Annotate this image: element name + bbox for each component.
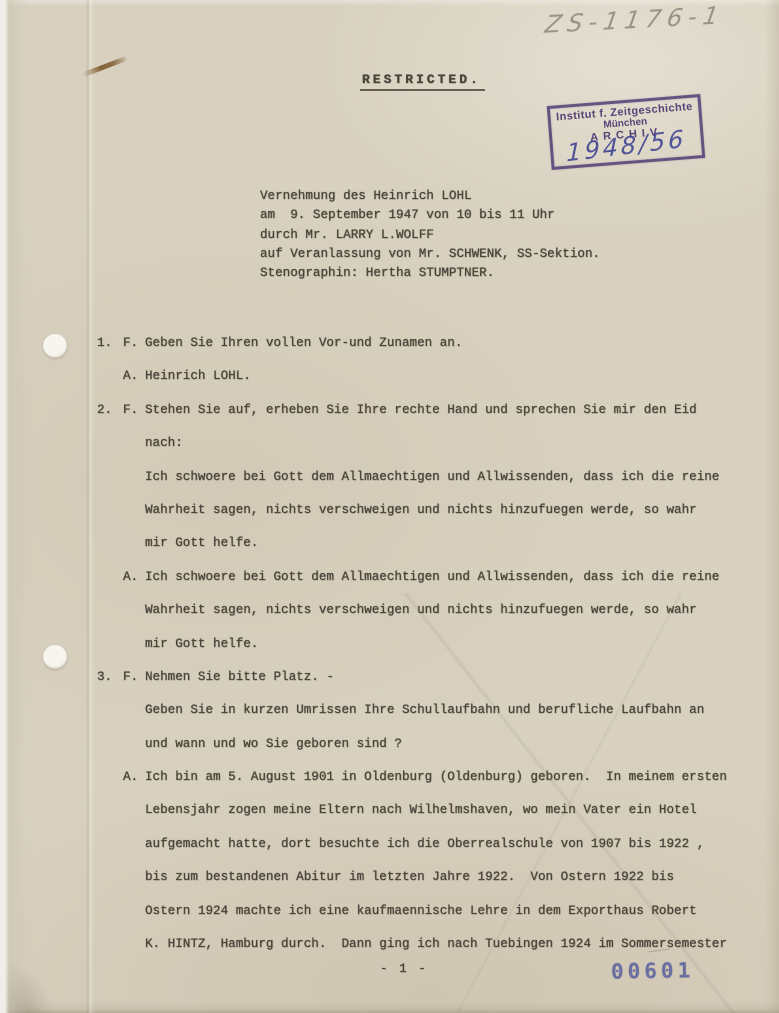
qa-speaker-label: F. — [123, 670, 145, 684]
serial-number-stamp: 00601 — [611, 958, 695, 983]
qa-row: und wann und wo Sie geboren sind ? — [97, 737, 727, 770]
qa-text-line: nach: — [145, 436, 183, 450]
qa-speaker-label: F. — [123, 336, 145, 350]
header-line: Vernehmung des Heinrich LOHL — [260, 187, 600, 206]
qa-row: Wahrheit sagen, nichts verschweigen und … — [97, 603, 727, 636]
hole-punch-bottom — [43, 645, 67, 669]
qa-item-number: 3. — [97, 670, 123, 684]
qa-text-line: aufgemacht hatte, dort besuchte ich die … — [145, 837, 704, 851]
interrogation-header: Vernehmung des Heinrich LOHLam 9. Septem… — [260, 187, 600, 283]
header-line: durch Mr. LARRY L.WOLFF — [260, 226, 600, 245]
qa-text-line: Nehmen Sie bitte Platz. - — [145, 670, 334, 684]
qa-text-line: und wann und wo Sie geboren sind ? — [145, 737, 402, 751]
header-line: am 9. September 1947 von 10 bis 11 Uhr — [260, 206, 600, 225]
qa-row: Wahrheit sagen, nichts verschweigen und … — [97, 503, 727, 536]
qa-row: aufgemacht hatte, dort besuchte ich die … — [97, 837, 727, 870]
qa-text-line: mir Gott helfe. — [145, 637, 258, 651]
qa-text-line: mir Gott helfe. — [145, 536, 258, 550]
qa-row: mir Gott helfe. — [97, 637, 727, 670]
qa-text-line: Geben Sie Ihren vollen Vor-und Zunamen a… — [145, 336, 462, 350]
qa-row: nach: — [97, 436, 727, 469]
staple-rust-mark — [83, 56, 128, 77]
qa-speaker-label: A. — [123, 570, 145, 584]
qa-text-line: Ich schwoere bei Gott dem Allmaechtigen … — [145, 570, 719, 584]
qa-speaker-label: A. — [123, 770, 145, 784]
classification-heading: RESTRICTED. — [360, 72, 485, 91]
qa-row: Lebensjahr zogen meine Eltern nach Wilhe… — [97, 803, 727, 836]
qa-row: Ostern 1924 machte ich eine kaufmaennisc… — [97, 904, 727, 937]
qa-text-line: Wahrheit sagen, nichts verschweigen und … — [145, 603, 697, 617]
qa-row: 2.F.Stehen Sie auf, erheben Sie Ihre rec… — [97, 403, 727, 436]
qa-row: 3.F.Nehmen Sie bitte Platz. - — [97, 670, 727, 703]
qa-row: bis zum bestandenen Abitur im letzten Ja… — [97, 870, 727, 903]
qa-row: A.Ich schwoere bei Gott dem Allmaechtige… — [97, 570, 727, 603]
qa-text-line: Stehen Sie auf, erheben Sie Ihre rechte … — [145, 403, 697, 417]
hole-punch-top — [43, 334, 67, 358]
qa-text-line: Heinrich LOHL. — [145, 369, 251, 383]
scanned-document-page: ZS-1176-1 RESTRICTED. Institut f. Zeitge… — [0, 0, 779, 1013]
qa-item-number: 1. — [97, 336, 123, 350]
qa-text-line: Ostern 1924 machte ich eine kaufmaennisc… — [145, 904, 697, 918]
qa-row: 1.F.Geben Sie Ihren vollen Vor-und Zunam… — [97, 336, 727, 369]
qa-text-line: K. HINTZ, Hamburg durch. Dann ging ich n… — [145, 937, 727, 951]
qa-text-line: bis zum bestandenen Abitur im letzten Ja… — [145, 870, 674, 884]
qa-speaker-label: F. — [123, 403, 145, 417]
qa-row: Geben Sie in kurzen Umrissen Ihre Schull… — [97, 703, 727, 736]
qa-row: Ich schwoere bei Gott dem Allmaechtigen … — [97, 470, 727, 503]
qa-text-line: Lebensjahr zogen meine Eltern nach Wilhe… — [145, 803, 697, 817]
page-number: - 1 - — [380, 962, 428, 976]
qa-row: A.Ich bin am 5. August 1901 in Oldenburg… — [97, 770, 727, 803]
qa-row: A.Heinrich LOHL. — [97, 369, 727, 402]
qa-text-line: Ich schwoere bei Gott dem Allmaechtigen … — [145, 470, 719, 484]
qa-speaker-label: A. — [123, 369, 145, 383]
qa-text-line: Ich bin am 5. August 1901 in Oldenburg (… — [145, 770, 727, 784]
qa-row: mir Gott helfe. — [97, 536, 727, 569]
header-line: Stenographin: Hertha STUMPTNER. — [260, 264, 600, 283]
qa-item-number: 2. — [97, 403, 123, 417]
qa-section: 1.F.Geben Sie Ihren vollen Vor-und Zunam… — [97, 336, 727, 970]
archive-reference-handwritten: ZS-1176-1 — [543, 1, 727, 39]
qa-text-line: Geben Sie in kurzen Umrissen Ihre Schull… — [145, 703, 704, 717]
header-line: auf Veranlassung von Mr. SCHWENK, SS-Sek… — [260, 245, 600, 264]
qa-text-line: Wahrheit sagen, nichts verschweigen und … — [145, 503, 697, 517]
